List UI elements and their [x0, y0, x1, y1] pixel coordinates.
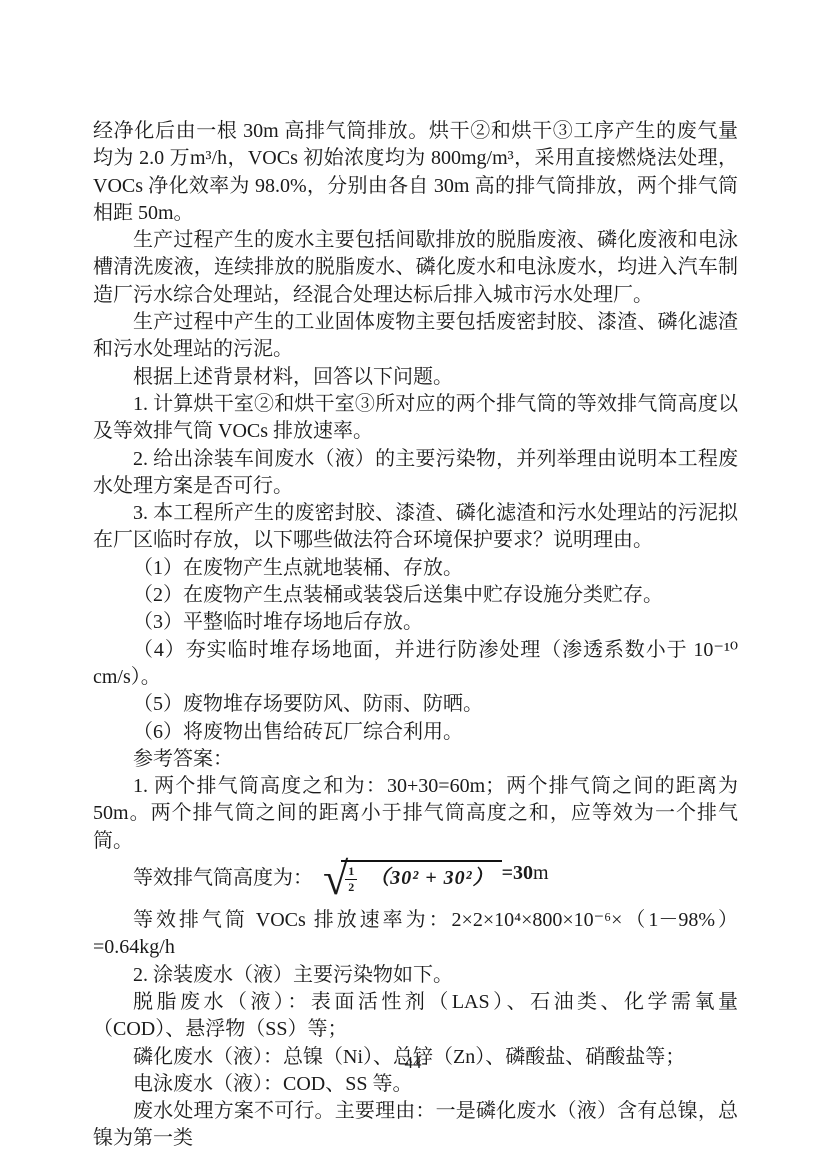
formula-result-value: =30	[502, 862, 533, 884]
option-3: （3）平整临时堆存场地后存放。	[93, 609, 738, 636]
option-6: （6）将废物出售给砖瓦厂综合利用。	[93, 719, 738, 746]
option-5: （5）废物堆存场要防风、防雨、防晒。	[93, 691, 738, 718]
reference-answer-heading: 参考答案：	[93, 746, 738, 773]
formula-label: 等效排气筒高度为：	[133, 858, 313, 892]
fraction-one-half: 1 2	[345, 865, 357, 893]
answer-2-degreasing: 脱脂废水（液）：表面活性剂（LAS）、石油类、化学需氧量（COD）、悬浮物（SS…	[93, 989, 738, 1044]
answer-1: 1. 两个排气筒高度之和为：30+30=60m；两个排气筒之间的距离为 50m。…	[93, 773, 738, 855]
option-4: （4）夯实临时堆存场地面，并进行防渗处理（渗透系数小于 10⁻¹⁰ cm/s）。	[93, 637, 738, 692]
document-page: 经净化后由一根 30m 高排气筒排放。烘干②和烘干③工序产生的废气量均为 2.0…	[0, 0, 826, 1169]
page-number: -44-	[0, 1053, 826, 1073]
question-3: 3. 本工程所产生的废密封胶、漆渣、磷化滤渣和污水处理站的污泥拟在厂区临时存放，…	[93, 500, 738, 555]
formula-expression: （30² + 30²）	[369, 865, 493, 892]
paragraph: 根据上述背景材料，回答以下问题。	[93, 364, 738, 391]
option-2: （2）在废物产生点装桶或装袋后送集中贮存设施分类贮存。	[93, 582, 738, 609]
option-1: （1）在废物产生点就地装桶、存放。	[93, 555, 738, 582]
question-2: 2. 给出涂装车间废水（液）的主要污染物，并列举理由说明本工程废水处理方案是否可…	[93, 446, 738, 501]
answer-2-conclusion: 废水处理方案不可行。主要理由：一是磷化废水（液）含有总镍，总镍为第一类	[93, 1098, 738, 1153]
question-1: 1. 计算烘干室②和烘干室③所对应的两个排气筒的等效排气筒高度以及等效排气筒 V…	[93, 391, 738, 446]
answer-2-electrophoresis: 电泳废水（液）：COD、SS 等。	[93, 1071, 738, 1098]
paragraph: 生产过程产生的废水主要包括间歇排放的脱脂废液、磷化废液和电泳槽清洗废液，连续排放…	[93, 227, 738, 309]
square-root-expression: √ 1 2 （30² + 30²）	[323, 858, 502, 899]
fraction-denominator: 2	[348, 880, 354, 894]
fraction-numerator: 1	[345, 865, 357, 880]
answer-1-rate: 等效排气筒 VOCs 排放速率为：2×2×10⁴×800×10⁻⁶×（1－98%…	[93, 907, 738, 962]
paragraph: 生产过程中产生的工业固体废物主要包括废密封胶、漆渣、磷化滤渣和污水处理站的污泥。	[93, 309, 738, 364]
paragraph: 经净化后由一根 30m 高排气筒排放。烘干②和烘干③工序产生的废气量均为 2.0…	[93, 118, 738, 227]
answer-2-heading: 2. 涂装废水（液）主要污染物如下。	[93, 962, 738, 989]
radicand: 1 2 （30² + 30²）	[341, 860, 501, 895]
formula-result-unit: m	[533, 862, 549, 884]
equivalent-stack-height-formula: 等效排气筒高度为： √ 1 2 （30² + 30²） =30m	[93, 858, 738, 905]
page-body-text: 经净化后由一根 30m 高排气筒排放。烘干②和烘干③工序产生的废气量均为 2.0…	[93, 118, 738, 1153]
formula-result: =30m	[502, 858, 549, 887]
